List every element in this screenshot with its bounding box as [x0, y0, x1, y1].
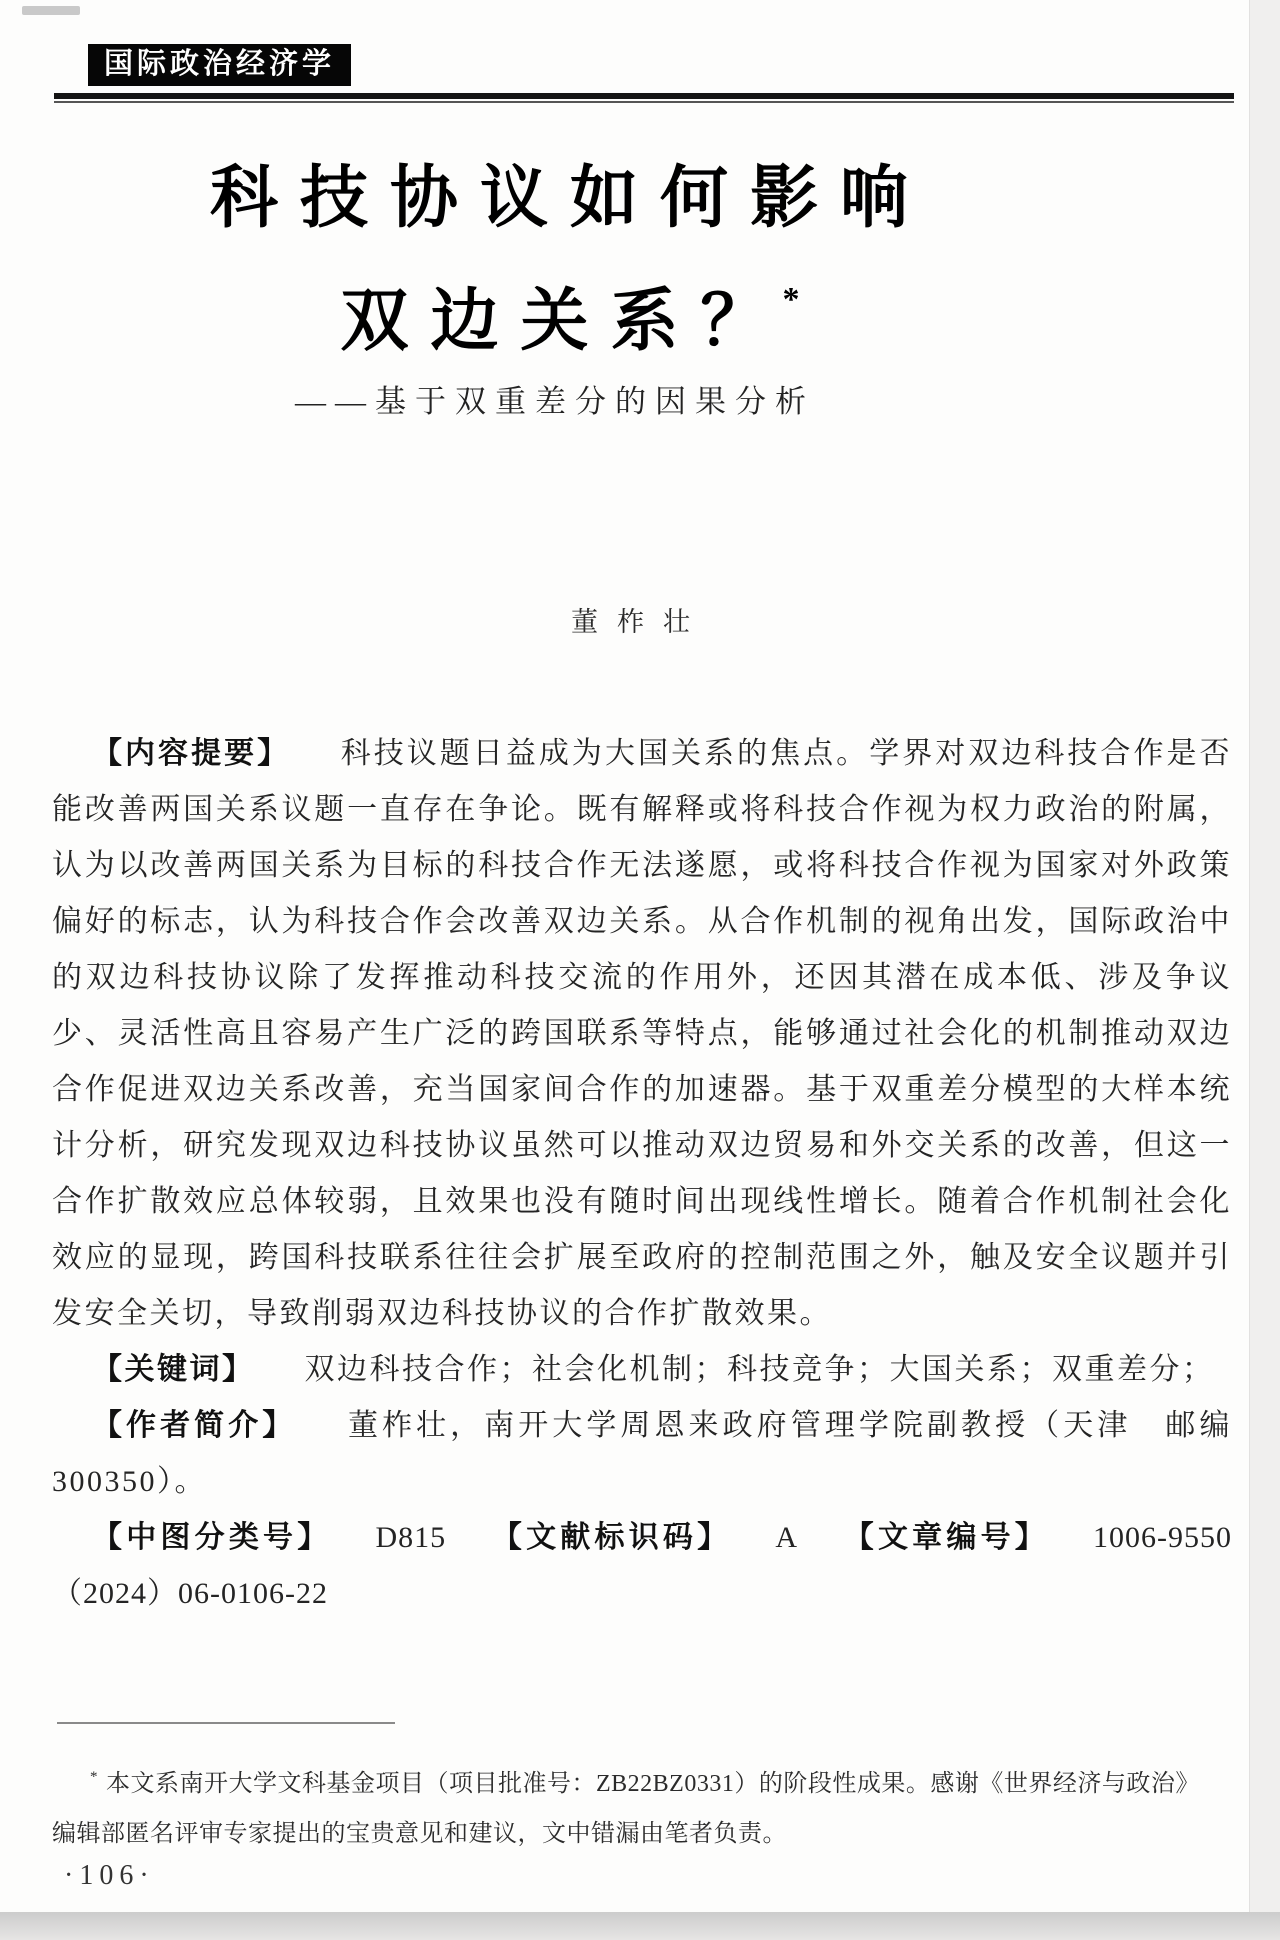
abstract-text: 科技议题日益成为大国关系的焦点。学界对双边科技合作是否能改善两国关系议题一直存在…: [52, 737, 1232, 1330]
scan-edge-right: [1249, 0, 1280, 1912]
article-id-label: 【文章编号】: [842, 1521, 1049, 1554]
scan-edge-bottom: [0, 1912, 1280, 1940]
doc-code-value: A: [775, 1521, 798, 1554]
article-title-line2-text: 双边关系？: [340, 283, 790, 359]
abstract-label: 【内容提要】: [92, 737, 290, 770]
title-footnote-asterisk: *: [783, 281, 800, 318]
footnote-line1: *本文系南开大学文科基金项目（项目批准号：ZB22BZ0331）的阶段性成果。感…: [52, 1752, 1234, 1809]
article-title-line2: 双边关系？*: [0, 248, 1140, 373]
keywords-label: 【关键词】: [92, 1353, 255, 1386]
front-matter-block: 【内容提要】科技议题日益成为大国关系的焦点。学界对双边科技合作是否能改善两国关系…: [52, 726, 1232, 1622]
header-rule-thick: [54, 93, 1234, 99]
keywords-line: 【关键词】双边科技合作；社会化机制；科技竞争；大国关系；双重差分；: [52, 1342, 1232, 1398]
article-title-line1: 科技协议如何影响: [0, 148, 1140, 248]
article-title: 科技协议如何影响 双边关系？*: [0, 148, 1140, 373]
keywords-text: 双边科技合作；社会化机制；科技竞争；大国关系；双重差分；: [305, 1353, 1215, 1386]
abstract-paragraph: 【内容提要】科技议题日益成为大国关系的焦点。学界对双边科技合作是否能改善两国关系…: [52, 726, 1232, 1342]
footnote-line1-text: 本文系南开大学文科基金项目（项目批准号：ZB22BZ0331）的阶段性成果。感谢…: [106, 1771, 1200, 1797]
footnote-line2: 编辑部匿名评审专家提出的宝贵意见和建议，文中错漏由笔者负责。: [52, 1809, 1234, 1859]
classification-line: 【中图分类号】D815【文献标识码】A【文章编号】1006-9550（2024）…: [52, 1510, 1232, 1622]
header-rule-thin: [54, 101, 1234, 103]
article-author: 董柞壮: [0, 600, 1280, 639]
article-id-value-issue: （2024）06-0106-22: [52, 1577, 328, 1610]
clc-value: D815: [375, 1521, 446, 1554]
footnote-block: *本文系南开大学文科基金项目（项目批准号：ZB22BZ0331）的阶段性成果。感…: [52, 1752, 1234, 1859]
scan-artifact: [22, 6, 80, 15]
journal-page: 国际政治经济学 科技协议如何影响 双边关系？* ——基于双重差分的因果分析 董柞…: [0, 0, 1280, 1940]
page-number: ·106·: [64, 1860, 155, 1892]
author-bio-line: 【作者简介】董柞壮，南开大学周恩来政府管理学院副教授（天津 邮编300350）。: [52, 1398, 1232, 1510]
article-subtitle: ——基于双重差分的因果分析: [0, 376, 1110, 421]
clc-label: 【中图分类号】: [92, 1521, 331, 1554]
footnote-asterisk: *: [90, 1769, 98, 1785]
header-rule: [54, 93, 1234, 103]
author-bio-label: 【作者简介】: [92, 1409, 296, 1442]
article-id-value-issn: 1006-9550: [1093, 1521, 1232, 1554]
journal-column-badge: 国际政治经济学: [88, 44, 351, 86]
doc-code-label: 【文献标识码】: [490, 1521, 731, 1554]
journal-column-title: 国际政治经济学: [104, 48, 335, 80]
footnote-divider-rule: [57, 1722, 395, 1724]
